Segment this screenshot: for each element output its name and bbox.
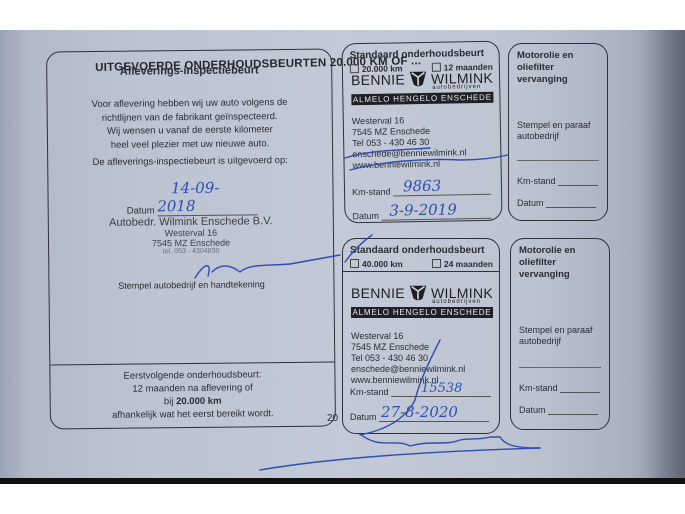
delivery-date-row: Datum 14-09-2018 [126,178,257,216]
km-label: Km-stand [519,383,558,393]
km-row: Km-stand [519,383,600,393]
date-row: Datum 3-9-2019 [352,200,491,221]
text-line: autobedrijf [519,336,593,347]
oil-change-entry-2: Motorolie en oliefilter vervanging Stemp… [510,238,610,430]
divider [343,271,499,272]
text-line: afhankelijk wat het eerst bereikt wordt. [51,407,335,423]
oil-stamp-label: Stempel en paraaf autobedrijf [517,120,591,142]
logo-word-left: BENNIE [351,285,405,301]
km-value: 9863 [393,177,441,196]
km-line: 15538 [391,381,491,397]
km-line [560,392,600,393]
delivery-inspection-box: Afleverings-inspectiebeurt Voor afleveri… [46,49,336,430]
date-line [546,207,596,208]
date-label: Datum [519,405,546,415]
dealer-address: Westerval 16 7545 MZ Enschede Tel 053 - … [352,114,467,171]
checkbox-icon [350,259,359,268]
delivery-inspection-text: Voor aflevering hebben wij uw auto volge… [48,96,333,153]
text-line: Stempel en paraaf [519,325,593,336]
date-line [548,414,598,415]
page-edge [0,478,685,484]
text-line: Motorolie en [519,245,609,257]
option-km-label: 40.000 km [362,259,403,269]
date-line: 27-8-2020 [379,403,489,422]
text-line: autobedrijf [517,131,591,142]
page-number: 20 [327,413,338,424]
km-line: 9863 [393,176,491,197]
km-line [558,185,598,186]
date-row: Datum [519,405,598,415]
done-on-label: De afleverings-inspectiebeurt is uitgevo… [48,155,332,169]
text-line: oliefilter vervanging [517,62,607,86]
service-title: Standaard onderhoudsbeurt [350,245,484,256]
km-row: Km-stand [517,176,598,186]
logo-bar: ALMELO HENGELO ENSCHEDE [351,307,493,318]
km-label: Km-stand [352,187,391,198]
logo-bar: ALMELO HENGELO ENSCHEDE [351,92,493,105]
km-label: Km-stand [350,387,389,397]
address-line: Westerval 16 [351,331,465,342]
date-row: Datum 27-8-2020 [350,403,489,422]
page-shadow [645,30,685,478]
dealer-logo: BENNIE WILMINK autobedrijven ALMELO HENG… [351,68,494,105]
km-row: Km-stand 15538 [350,381,491,397]
signature-line [517,160,599,161]
divider [50,362,334,366]
address-line: Tel 053 - 430 46 30 [351,353,465,364]
address-line: 7545 MZ Enschede [351,342,465,353]
option-months-label: 24 maanden [444,259,493,269]
date-label: Datum [352,211,379,221]
logo-emblem-icon [408,69,428,89]
dealer-stamp: Autobedr. Wilmink Enschede B.V. Westerva… [49,215,333,257]
km-value: 15538 [391,381,462,396]
service-entry-2: Standaard onderhoudsbeurt 40.000 km 24 m… [342,238,500,434]
next-service-km: 20.000 km [176,396,222,407]
signature-line [519,367,601,368]
option-km: 40.000 km [350,259,403,269]
text-line: oliefilter vervanging [519,257,609,281]
date-label: Datum [517,198,544,208]
oil-change-entry-1: Motorolie en oliefilter vervanging Stemp… [508,43,608,221]
km-label: Km-stand [517,176,556,186]
text-line: Stempel en paraaf [517,120,591,131]
next-service-info: Eerstvolgende onderhoudsbeurt: 12 maande… [50,368,335,423]
date-row: Datum [517,198,596,208]
date-line: 14-09-2018 [157,178,257,216]
option-months: 24 maanden [432,259,493,269]
service-title: Standaard onderhoudsbeurt [350,48,485,61]
oil-title: Motorolie en oliefilter vervanging [517,50,607,86]
date-value: 27-8-2020 [379,403,458,421]
address-line: www.benniewilmink.nl [352,158,466,171]
logo-word-left: BENNIE [351,71,405,88]
stamp-signature-label: Stempel autobedrijf en handtekening [49,279,333,292]
service-options: 40.000 km 24 maanden [350,259,493,269]
service-entry-1: Standaard onderhoudsbeurt 20.000 km 12 m… [341,41,502,224]
dealer-address: Westerval 16 7545 MZ Enschede Tel 053 - … [351,331,465,386]
km-row: Km-stand 9863 [352,176,491,197]
oil-title: Motorolie en oliefilter vervanging [519,245,609,281]
date-label: Datum [350,412,377,422]
dealer-logo: BENNIE WILMINK autobedrijven ALMELO HENG… [351,283,493,318]
logo-emblem-icon [408,283,428,303]
date-line: 3-9-2019 [381,200,491,221]
text-line: heel veel plezier met uw nieuwe auto. [48,136,332,152]
checkbox-icon [432,259,441,268]
delivery-inspection-title: Afleverings-inspectiebeurt [47,64,331,79]
date-value: 14-09-2018 [157,179,219,216]
date-value: 3-9-2019 [381,200,457,219]
oil-stamp-label: Stempel en paraaf autobedrijf [519,325,593,347]
date-label: Datum [127,205,155,216]
text-line: Motorolie en [517,50,607,62]
address-line: enschede@benniewilmink.nl [351,364,465,375]
text-fragment: bij [164,396,176,407]
